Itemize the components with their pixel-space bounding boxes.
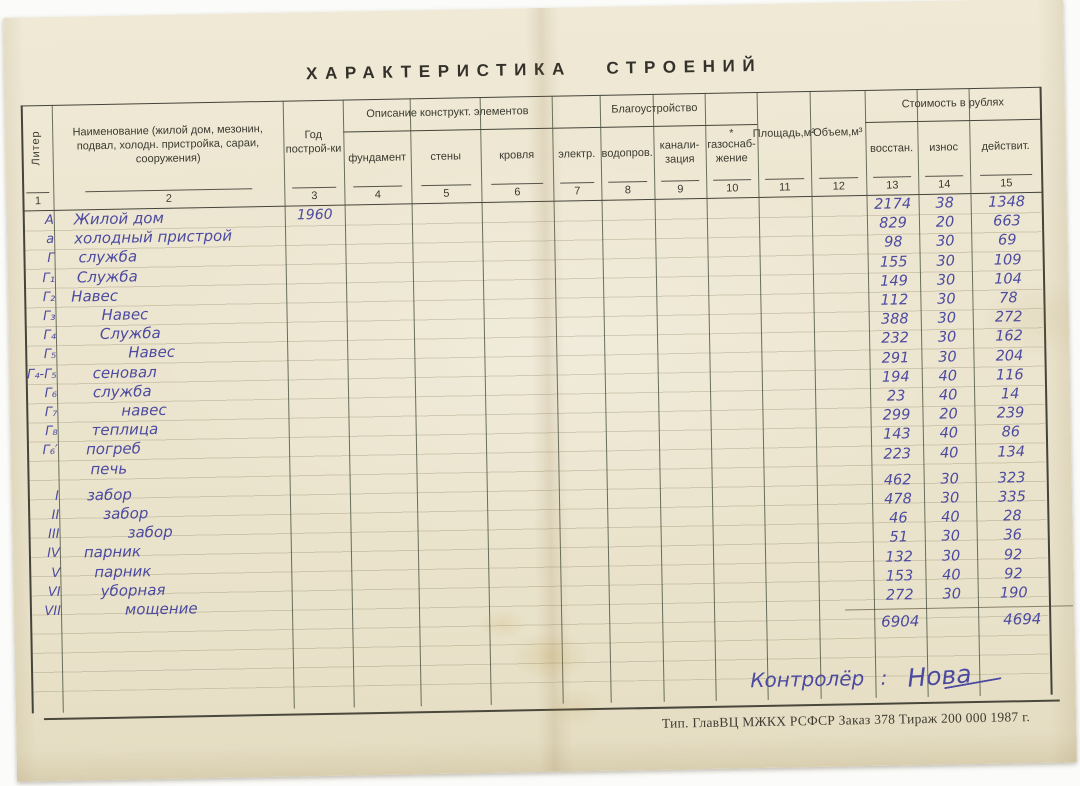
row-cost-restore: 153 xyxy=(873,568,925,588)
row-cost-restore: 132 xyxy=(873,549,925,569)
row-cost-actual: 104 xyxy=(972,271,1044,291)
area-line1: Площадь, xyxy=(753,127,804,142)
row-cost-actual: 92 xyxy=(977,565,1049,585)
row-cost-actual: 116 xyxy=(974,367,1046,387)
col-header-name: Наименование (жилой дом, мезонин, подвал… xyxy=(52,101,285,191)
row-cost-actual: 109 xyxy=(972,251,1044,271)
row-cost-actual: 272 xyxy=(973,309,1045,329)
row-cost-actual: 14 xyxy=(974,386,1046,406)
row-name: теплица xyxy=(58,421,159,442)
page-title: ХАРАКТЕРИСТИКА СТРОЕНИЙ xyxy=(4,50,1064,89)
row-liter: Г₂ xyxy=(24,289,55,309)
column-number: 9 xyxy=(654,179,706,199)
gas-asterisk: * xyxy=(705,127,757,142)
row-wear-percent: 40 xyxy=(922,387,974,407)
row-year xyxy=(285,226,345,246)
row-cost-restore: 194 xyxy=(870,369,922,389)
scanned-form-sheet: ХАРАКТЕРИСТИКА СТРОЕНИЙ Литер Наименован… xyxy=(3,0,1077,782)
row-year xyxy=(288,379,348,399)
row-name: служба xyxy=(54,249,137,270)
row-wear-percent: 40 xyxy=(923,445,975,465)
row-year xyxy=(288,418,348,438)
col-header-restore: восстан. xyxy=(865,122,918,176)
controller-line: Контролёр : Нова xyxy=(750,660,1002,694)
col-header-wear: износ xyxy=(917,121,970,175)
row-name: парник xyxy=(60,544,141,564)
row-year xyxy=(286,303,346,323)
row-wear-percent: 30 xyxy=(925,528,977,548)
row-liter xyxy=(27,461,58,481)
row-cost-actual: 69 xyxy=(971,232,1043,252)
row-liter: Г₄ xyxy=(25,327,56,347)
row-liter: а xyxy=(23,231,54,251)
row-wear-percent: 20 xyxy=(922,406,974,426)
col-header-sewer: канали-зация xyxy=(653,126,706,180)
row-year xyxy=(286,264,346,284)
print-imprint: Тип. ГлавВЦ МЖКХ РСФСР Заказ 378 Тираж 2… xyxy=(662,709,1030,732)
row-year xyxy=(292,597,352,617)
row-cost-restore: 2174 xyxy=(867,196,919,216)
row-wear-percent: 30 xyxy=(924,490,976,510)
row-year xyxy=(289,437,349,457)
row-cost-actual: 323 xyxy=(976,470,1048,490)
row-liter: Г₇ xyxy=(26,404,57,424)
column-number: 3 xyxy=(284,186,344,206)
volume-line1: Объем, xyxy=(813,126,851,140)
row-cost-restore: 462 xyxy=(872,472,924,492)
row-name: печь xyxy=(58,460,127,480)
row-wear-percent: 30 xyxy=(921,310,973,330)
row-cost-restore: 478 xyxy=(872,491,924,511)
row-wear-percent: 38 xyxy=(919,195,971,215)
col-header-foundation: фундамент xyxy=(343,131,411,185)
col-header-water: водопров. xyxy=(600,127,654,181)
row-liter: III xyxy=(28,526,59,546)
row-wear-percent: 40 xyxy=(924,509,976,529)
column-number: 10 xyxy=(706,178,758,198)
row-cost-actual: 162 xyxy=(973,328,1045,348)
row-cost-restore: 232 xyxy=(869,330,921,350)
row-liter: Г₅ xyxy=(25,346,56,366)
row-cost-restore: 388 xyxy=(869,311,921,331)
row-name: Служба xyxy=(55,268,138,289)
col-header-electric: электр. xyxy=(552,128,601,182)
col-header-volume: Объем, м³ xyxy=(810,90,867,177)
row-cost-actual: 663 xyxy=(971,213,1043,233)
col-header-area: Площадь, м² xyxy=(757,91,812,178)
row-liter: VII xyxy=(30,603,61,623)
row-name: погреб xyxy=(58,441,141,462)
row-cost-restore: 143 xyxy=(871,426,923,446)
row-cost-actual: 28 xyxy=(976,508,1048,528)
row-wear-percent: 30 xyxy=(920,253,972,273)
column-number: 1 xyxy=(22,191,53,211)
row-year xyxy=(289,456,349,476)
row-wear-percent: 20 xyxy=(919,214,971,234)
row-liter: IV xyxy=(29,545,60,565)
column-number: 8 xyxy=(601,180,654,200)
total-actual: 4694 xyxy=(986,610,1058,629)
total-restore: 6904 xyxy=(874,612,926,631)
col-header-actual: действит. xyxy=(969,120,1042,174)
row-cost-restore: 46 xyxy=(872,510,924,530)
row-cost-actual: 190 xyxy=(978,585,1050,605)
row-wear-percent: 30 xyxy=(924,471,976,491)
row-cost-actual: 78 xyxy=(972,290,1044,310)
row-cost-restore: 51 xyxy=(873,529,925,549)
col-header-liter: Литер xyxy=(21,105,54,192)
row-wear-percent: 30 xyxy=(920,272,972,292)
col-header-roof: кровля xyxy=(480,129,553,183)
row-liter: Г₄-Г₅ xyxy=(25,365,56,385)
row-liter: VI xyxy=(29,584,60,604)
row-cost-restore: 98 xyxy=(867,234,919,254)
column-number: 13 xyxy=(866,175,918,195)
controller-signature: Нова xyxy=(907,657,1003,693)
group-header-construct: Описание конструкт. элементов xyxy=(343,96,553,133)
col-header-year: Год построй-ки xyxy=(283,100,345,187)
row-wear-percent: 40 xyxy=(925,567,977,587)
row-cost-actual: 86 xyxy=(975,424,1047,444)
row-cost-actual: 134 xyxy=(975,443,1047,463)
row-year xyxy=(287,341,347,361)
row-cost-restore: 291 xyxy=(869,350,921,370)
row-year xyxy=(291,559,351,579)
col-header-gas: * газоснаб-жение xyxy=(705,125,758,179)
row-cost-restore: 223 xyxy=(871,446,923,466)
row-name: парник xyxy=(60,563,151,584)
row-year xyxy=(290,521,350,541)
row-name: Навес xyxy=(56,344,175,365)
row-cost-restore: 155 xyxy=(868,254,920,274)
row-year xyxy=(285,245,345,265)
row-liter: I xyxy=(28,488,59,508)
row-liter: II xyxy=(28,507,59,527)
row-wear-percent: 40 xyxy=(923,425,975,445)
column-number: 12 xyxy=(811,176,866,196)
column-number: 6 xyxy=(481,182,553,202)
row-wear-percent: 30 xyxy=(925,548,977,568)
row-cost-actual: 335 xyxy=(976,489,1048,509)
controller-colon: : xyxy=(880,666,887,690)
column-number: 7 xyxy=(553,181,601,201)
row-cost-actual: 239 xyxy=(974,405,1046,425)
group-header-cost: Стоимость в рублях xyxy=(865,87,1042,123)
row-liter: Г₃ xyxy=(24,308,55,328)
characteristics-table: Литер Наименование (жилой дом, мезонин, … xyxy=(21,87,1052,714)
row-wear-percent: 30 xyxy=(920,291,972,311)
column-number: 11 xyxy=(758,177,811,197)
row-wear-percent: 30 xyxy=(919,233,971,253)
column-number: 15 xyxy=(970,173,1042,193)
row-liter: А xyxy=(23,212,54,232)
row-liter: Г₆′ xyxy=(27,442,58,462)
col-header-walls: стены xyxy=(410,130,481,184)
row-year xyxy=(287,322,347,342)
row-year xyxy=(290,502,350,522)
row-cost-actual: 204 xyxy=(973,347,1045,367)
row-year xyxy=(291,540,351,560)
row-cost-actual: 1348 xyxy=(971,194,1043,214)
row-year: 1960 xyxy=(285,207,345,227)
row-year xyxy=(286,283,346,303)
row-liter: V xyxy=(29,564,60,584)
row-year xyxy=(288,399,348,419)
column-number: 5 xyxy=(411,183,481,203)
row-name: забор xyxy=(59,486,132,506)
row-cost-restore: 272 xyxy=(874,587,926,607)
row-liter: Г₆ xyxy=(26,385,57,405)
row-wear-percent: 30 xyxy=(921,349,973,369)
gas-label: газоснаб-жение xyxy=(707,138,756,166)
row-name: мощение xyxy=(61,600,198,622)
row-year xyxy=(287,360,347,380)
row-wear-percent: 30 xyxy=(926,586,978,606)
row-wear-percent: 30 xyxy=(921,329,973,349)
row-name: Навес xyxy=(55,288,118,308)
row-cost-actual: 92 xyxy=(977,546,1049,566)
row-cost-restore: 299 xyxy=(870,407,922,427)
row-liter: Г₈ xyxy=(27,423,58,443)
row-cost-actual: 36 xyxy=(977,527,1049,547)
volume-line2: м³ xyxy=(851,126,862,140)
row-wear-percent: 40 xyxy=(922,368,974,388)
row-year xyxy=(290,482,350,502)
row-cost-restore: 829 xyxy=(867,215,919,235)
column-number: 4 xyxy=(344,184,411,204)
column-number: 14 xyxy=(918,174,970,194)
row-year xyxy=(291,578,351,598)
liter-label: Литер xyxy=(30,131,44,166)
screenshot-root: { "title": "ХАРАКТЕРИСТИКА СТРОЕНИЙ", "h… xyxy=(0,0,1080,786)
row-cost-restore: 23 xyxy=(870,388,922,408)
row-liter: Г xyxy=(23,250,54,270)
row-cost-restore: 112 xyxy=(868,292,920,312)
row-cost-restore: 149 xyxy=(868,273,920,293)
row-name: забор xyxy=(59,524,172,545)
row-liter: Г₁ xyxy=(24,269,55,289)
controller-label: Контролёр xyxy=(750,666,864,692)
group-header-amenities: Благоустройство xyxy=(552,92,758,129)
